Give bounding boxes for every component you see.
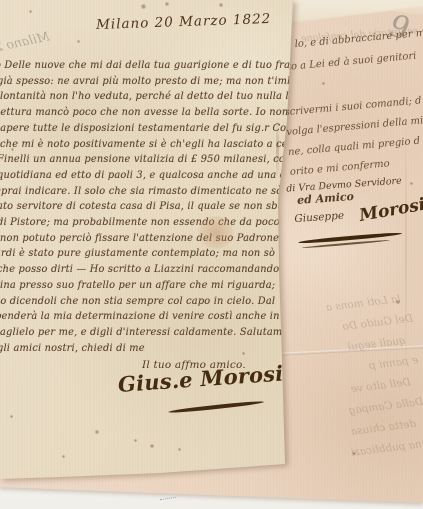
- letter-body-line: gli amici nostri, chiedi di me: [0, 341, 312, 357]
- foxing-spot: [141, 4, 146, 9]
- foxing-spot: [62, 455, 65, 458]
- letter-body-line: ardi è stato pure giustamente contemplat…: [0, 246, 312, 262]
- left-letter-sheet: Milano 2 Milano 20 Marzo 1822 o Delle nu…: [0, 0, 423, 509]
- foxing-spot: [95, 430, 99, 434]
- letter-body-line: lettura mancò poco che non avesse la bel…: [0, 105, 312, 121]
- foxing-spot: [178, 448, 181, 451]
- left-letter-sheet-wrap: Milano 2 Milano 20 Marzo 1822 o Delle nu…: [0, 0, 423, 509]
- letter-body-line: che posso dirti — Ho scritto a Liazzini …: [0, 262, 312, 278]
- foxing-spot: [150, 444, 154, 448]
- signature-flourish: [168, 400, 264, 414]
- letter-body-line: aglielo per me, e digli d'interessi cald…: [0, 325, 312, 341]
- letter-body-line: che mi è noto positivamente si è ch'egli…: [0, 137, 312, 153]
- letter-body-line: ina presso suo fratello per un affare ch…: [0, 278, 312, 294]
- letter-body-line: di Pistore; ma probabilmente non essendo…: [0, 215, 312, 231]
- letter-body-lines: o Delle nuove che mi dai della tua guari…: [2, 58, 312, 356]
- letter-body-line: Finelli un annua pensione vitalizia di £…: [0, 152, 312, 168]
- letter-body-line: lontanità non l'ho veduta, perché al det…: [0, 89, 312, 105]
- letter-body: o Delle nuove che mi dai della tua guari…: [2, 58, 312, 397]
- letter-body-line: non potuto perciò fissare l'attenzione d…: [0, 231, 312, 247]
- letter-date-heading: Milano 20 Marzo 1822: [96, 11, 272, 33]
- foxing-spot: [10, 415, 13, 418]
- foxing-spot: [11, 148, 14, 151]
- letter-body-line: eprai indicare. Il solo che sia rimasto …: [0, 184, 312, 200]
- letter-body-line: penderà la mia determinazione di venire …: [0, 309, 312, 325]
- foxing-spot: [165, 2, 169, 6]
- foxing-spot: [29, 10, 32, 13]
- foxing-spot: [242, 352, 245, 355]
- foxing-spot: [219, 3, 223, 7]
- letter-body-line: già spesso: ne avrai più molto presto di…: [0, 74, 312, 90]
- letter-body-line: quotidiana ed etto di paoli 3, e qualcos…: [0, 168, 312, 184]
- letter-body-line: lo dicendoli che non stia sempre col cap…: [0, 294, 312, 310]
- bleed-through-heading: Milano 2: [0, 28, 51, 54]
- letter-scan: segretaria del confalone lo, e di abbrac…: [0, 0, 423, 509]
- foxing-spot: [134, 439, 137, 442]
- letter-body-line: sapere tutte le disposizioni testamentar…: [0, 121, 312, 137]
- foxing-spot: [77, 40, 80, 43]
- letter-body-line: o Delle nuove che mi dai della tua guari…: [0, 58, 312, 74]
- letter-body-line: ato servitore di cotesta casa di Pisa, i…: [0, 199, 312, 215]
- ink-stain: [197, 216, 235, 249]
